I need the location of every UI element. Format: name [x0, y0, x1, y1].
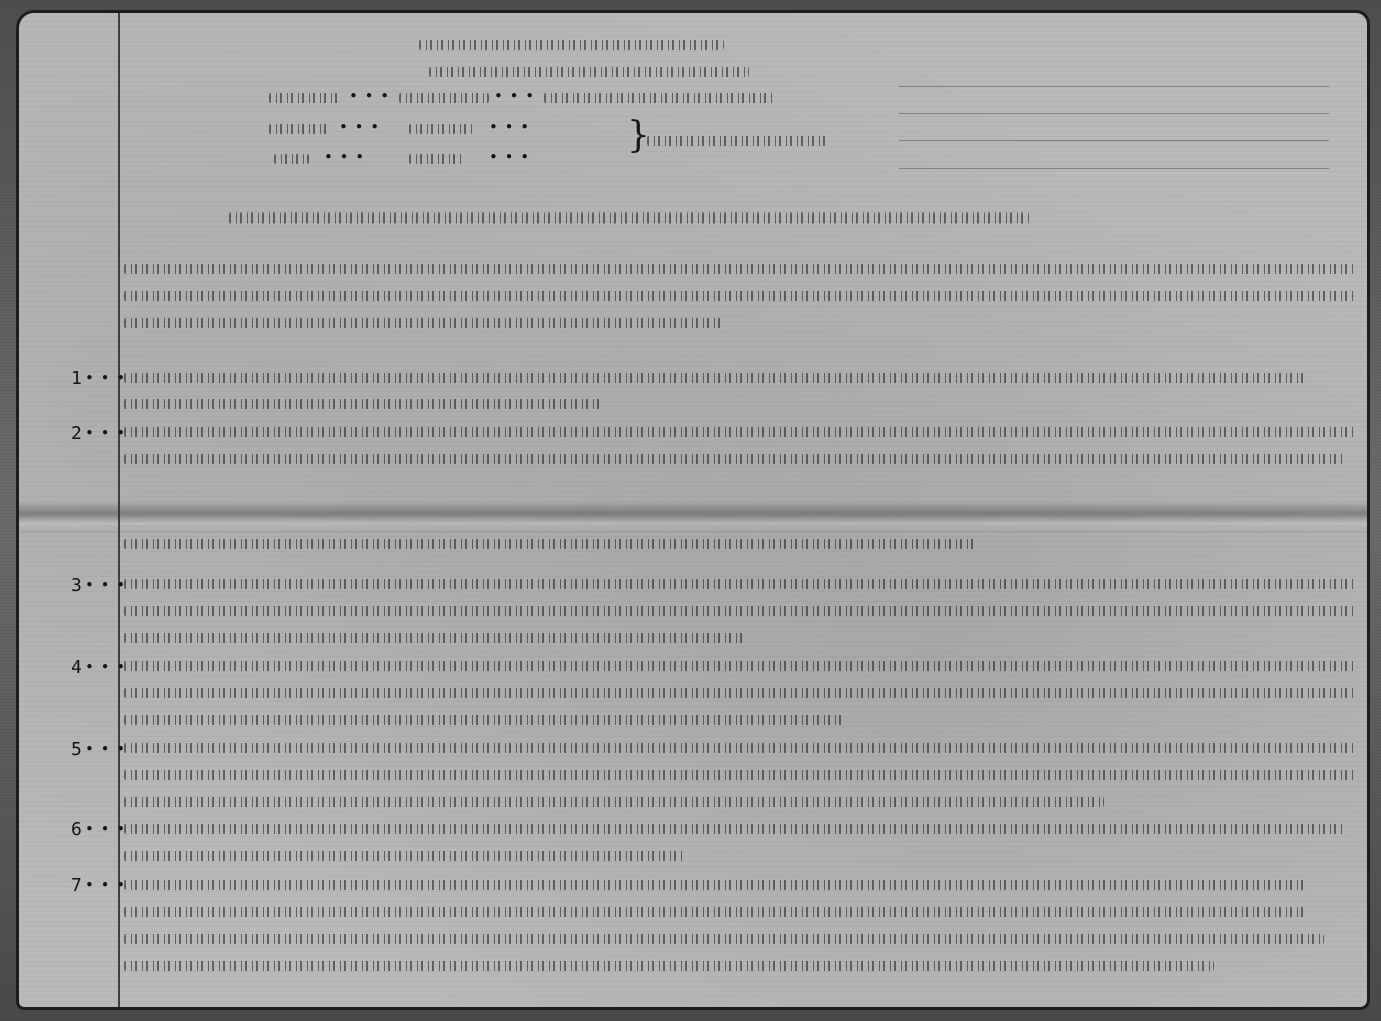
- dotted-leader: • • •: [85, 658, 126, 676]
- dotted-leader: • • •: [85, 820, 126, 838]
- text-line: [124, 794, 1104, 810]
- text-line: [124, 315, 724, 331]
- dotted-leader: • • •: [85, 369, 126, 387]
- title-line-handwriting: [229, 209, 1029, 227]
- left-margin-rule: [118, 13, 120, 1007]
- point-number: 4: [71, 657, 82, 678]
- text-line: [124, 658, 1354, 674]
- point-number: 7: [71, 875, 82, 896]
- brace-symbol: }: [627, 115, 650, 156]
- court-heading-handwriting: [419, 37, 724, 53]
- text-line: [124, 848, 684, 864]
- defendant-label: [269, 121, 331, 137]
- dotted-leader: • • •: [349, 87, 390, 105]
- text-line: [124, 396, 604, 412]
- brace-note: [647, 133, 827, 149]
- text-line: [124, 958, 1214, 974]
- text-line: [124, 712, 844, 728]
- text-line: [124, 821, 1344, 837]
- case-number-handwriting: [429, 64, 749, 80]
- defendant-name: [409, 121, 474, 137]
- dotted-leader: • • •: [85, 424, 126, 442]
- text-line: [124, 630, 744, 646]
- dotted-leader: • • •: [489, 118, 530, 136]
- text-line: [124, 576, 1354, 592]
- plaintiff-description: [544, 90, 774, 106]
- text-line: [124, 424, 1354, 440]
- dotted-leader: • • •: [494, 87, 535, 105]
- text-line: [124, 767, 1354, 783]
- witness-label: [274, 151, 309, 167]
- point-number: 1: [71, 368, 82, 389]
- point-number: 2: [71, 423, 82, 444]
- dotted-leader: • • •: [85, 740, 126, 758]
- text-line: [124, 877, 1304, 893]
- text-line: [124, 904, 1304, 920]
- text-line: [124, 261, 1354, 277]
- point-number: 5: [71, 739, 82, 760]
- text-line: [124, 288, 1354, 304]
- text-line: [124, 603, 1354, 619]
- paper-fold: [19, 501, 1367, 533]
- ruled-line: [899, 113, 1329, 114]
- dotted-leader: • • •: [489, 148, 530, 166]
- plaintiff-name: [399, 90, 489, 106]
- text-line: [124, 931, 1324, 947]
- text-line: [124, 685, 1354, 701]
- text-line: [124, 451, 1344, 467]
- dotted-leader: • • •: [85, 576, 126, 594]
- ruled-line: [899, 86, 1329, 87]
- ruled-line: [899, 168, 1329, 169]
- ruled-line: [899, 140, 1329, 141]
- point-number: 3: [71, 575, 82, 596]
- point-number: 6: [71, 819, 82, 840]
- dotted-leader: • • •: [324, 148, 365, 166]
- text-line: [124, 536, 974, 552]
- dotted-leader: • • •: [339, 118, 380, 136]
- text-line: [124, 370, 1304, 386]
- document-sheet: [Burmese handwriting — court heading] [B…: [16, 10, 1370, 1010]
- dotted-leader: • • •: [85, 876, 126, 894]
- plaintiff-label: [269, 90, 339, 106]
- text-line: [124, 740, 1354, 756]
- witness-name: [409, 151, 464, 167]
